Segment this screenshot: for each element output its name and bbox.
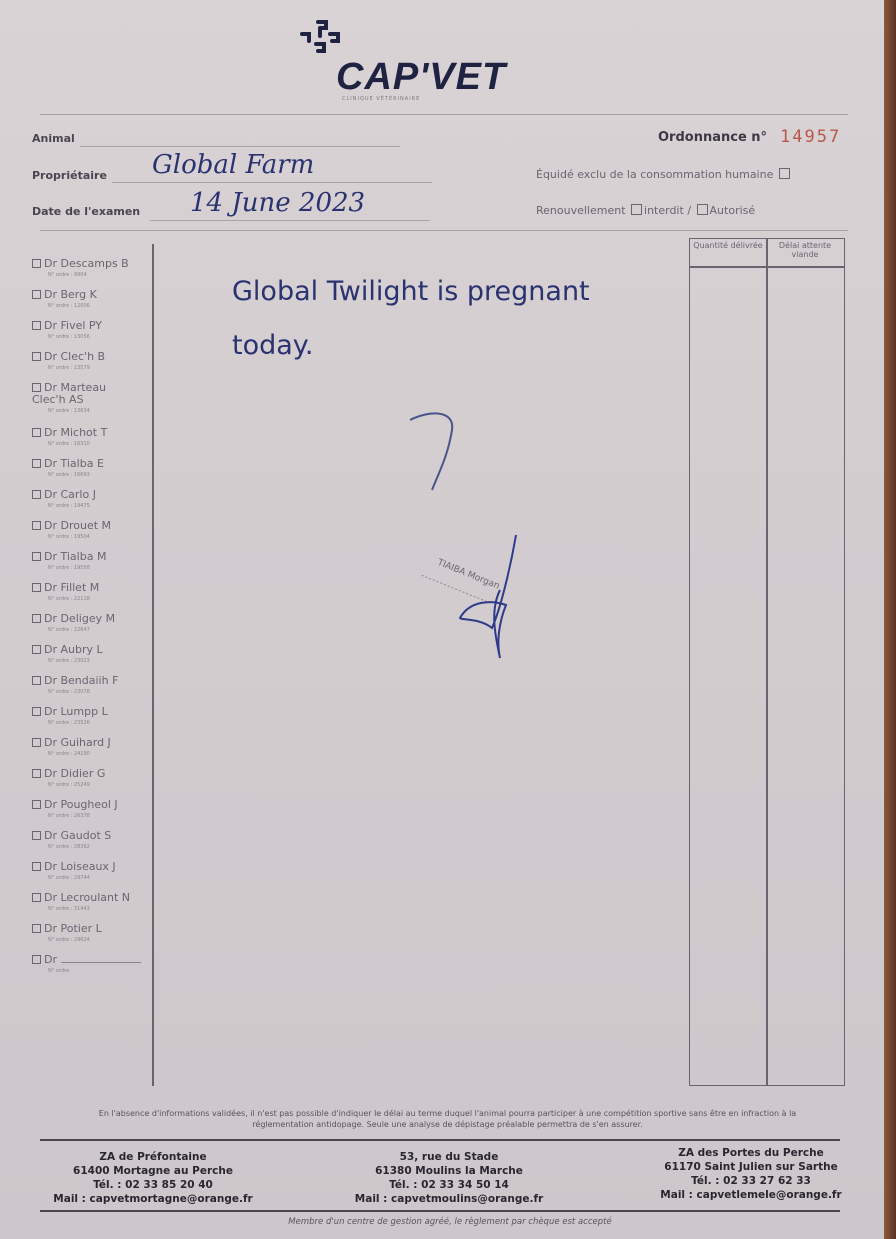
vet-checkbox[interactable] (32, 614, 41, 623)
vet-item[interactable]: Dr Guihard JN° ordre : 24290 (32, 737, 152, 768)
vet-checkbox[interactable] (32, 521, 41, 530)
address-line: 53, rue du Stade (334, 1150, 564, 1164)
vet-order-number: N° ordre : 29624 (48, 937, 152, 943)
vet-checkbox[interactable] (32, 352, 41, 361)
renewal-option: Renouvellement interdit / Autorisé (536, 204, 755, 217)
vet-item[interactable]: Dr Carlo JN° ordre : 19475 (32, 489, 152, 520)
vet-name: Dr Berg K (32, 289, 152, 301)
note-line-1: Global Twilight is pregnant (232, 265, 702, 319)
vet-checkbox[interactable] (32, 738, 41, 747)
vet-order-number: N° ordre : 29744 (48, 875, 152, 881)
prescription-note: Global Twilight is pregnant today. (232, 265, 702, 373)
vet-checkbox[interactable] (32, 676, 41, 685)
vet-item[interactable]: Dr Didier GN° ordre : 25249 (32, 768, 152, 799)
footer-rule-bottom (40, 1210, 840, 1212)
vet-item[interactable]: Dr Michot TN° ordre : 16310 (32, 427, 152, 458)
vet-checkbox[interactable] (32, 321, 41, 330)
vet-order-number: N° ordre : 23078 (48, 689, 152, 695)
vet-blank-line[interactable] (61, 962, 141, 963)
prescription-number-label: Ordonnance n° (658, 130, 767, 145)
vet-checkbox[interactable] (32, 583, 41, 592)
animal-label: Animal (32, 132, 75, 145)
brand-name: CAP'VET (336, 56, 506, 99)
table-column-divider (766, 239, 768, 1085)
equine-excluded-checkbox[interactable] (779, 168, 790, 179)
vet-name-text: Dr Drouet M (44, 519, 111, 532)
renewal-allowed-label: Autorisé (710, 204, 756, 217)
owner-field[interactable]: Global Farm (152, 150, 314, 180)
vet-name-text: Dr Gaudot S (44, 829, 111, 842)
equine-excluded-label: Équidé exclu de la consommation humaine (536, 168, 773, 181)
vet-item[interactable]: Dr Berg KN° ordre : 12006 (32, 289, 152, 320)
address-mail[interactable]: Mail : capvetmoulins@orange.fr (334, 1192, 564, 1206)
vet-name: Dr Bendaiih F (32, 675, 152, 687)
vet-name-text: Dr Michot T (44, 426, 107, 439)
renewal-forbidden-label: interdit (644, 204, 684, 217)
vet-order-number: N° ordre : 31443 (48, 906, 152, 912)
footer-rule-top (40, 1139, 840, 1141)
vet-name: Dr Lumpp L (32, 706, 152, 718)
equine-excluded-option: Équidé exclu de la consommation humaine (536, 168, 792, 181)
vet-order-number: N° ordre : 19475 (48, 503, 152, 509)
vet-order-number: N° ordre : 28362 (48, 844, 152, 850)
vet-checkbox[interactable] (32, 645, 41, 654)
vet-name: Dr Tialba M (32, 551, 152, 563)
vet-name: Dr Fillet M (32, 582, 152, 594)
owner-label: Propriétaire (32, 169, 107, 182)
vet-item[interactable]: Dr Descamps BN° ordre : 9904 (32, 258, 152, 289)
renewal-separator: / (687, 204, 691, 217)
vet-name-text: Dr Marteau Clec'h AS (32, 381, 106, 406)
vet-order-number: N° ordre : 22847 (48, 627, 152, 633)
vet-order-number: N° ordre : 9904 (48, 272, 152, 278)
vet-item[interactable]: Dr Fivel PYN° ordre : 13056 (32, 320, 152, 351)
vet-name-text: Dr Lumpp L (44, 705, 108, 718)
vet-name: Dr (32, 954, 152, 966)
vet-checkbox[interactable] (32, 831, 41, 840)
vet-order-number: N° ordre : 13634 (48, 408, 152, 414)
animal-field-line (80, 146, 400, 147)
vet-checkbox[interactable] (32, 862, 41, 871)
vet-name: Dr Michot T (32, 427, 152, 439)
prescription-number: 14957 (780, 127, 841, 147)
vet-name: Dr Pougheol J (32, 799, 152, 811)
vet-checkbox[interactable] (32, 955, 41, 964)
vet-checkbox[interactable] (32, 383, 41, 392)
vet-list: Dr Descamps BN° ordre : 9904Dr Berg KN° … (32, 258, 152, 985)
vet-order-number: N° ordre : 23526 (48, 720, 152, 726)
vet-name-text: Dr Loiseaux J (44, 860, 116, 873)
address-city: 61400 Mortagne au Perche (38, 1164, 268, 1178)
vet-item[interactable]: Dr Aubry LN° ordre : 23023 (32, 644, 152, 675)
vet-order-number: N° ordre : 16310 (48, 441, 152, 447)
signature-mark: TIAIBA Morgan (400, 400, 550, 670)
vet-order-number: N° ordre : 25249 (48, 782, 152, 788)
note-line-2: today. (232, 319, 702, 373)
brand-subtitle: CLINIQUE VÉTÉRINAIRE (342, 96, 420, 102)
vet-item[interactable]: Dr Gaudot SN° ordre : 28362 (32, 830, 152, 861)
vet-order-number: N° ordre : 13056 (48, 334, 152, 340)
vet-item[interactable]: Dr Drouet MN° ordre : 19504 (32, 520, 152, 551)
vet-order-number: N° ordre : 13579 (48, 365, 152, 371)
vet-order-number: N° ordre (48, 968, 152, 974)
disclaimer-text: En l'absence d'informations validées, il… (70, 1108, 825, 1130)
vet-name-text: Dr Bendaiih F (44, 674, 118, 687)
vet-item[interactable]: Dr Marteau Clec'h ASN° ordre : 13634 (32, 382, 152, 427)
vet-item[interactable]: Dr Clec'h BN° ordre : 13579 (32, 351, 152, 382)
vet-name-text: Dr Didier G (44, 767, 105, 780)
vet-name-text: Dr Aubry L (44, 643, 103, 656)
prescription-sheet: CAP'VET CLINIQUE VÉTÉRINAIRE Animal Prop… (0, 0, 884, 1239)
vet-checkbox[interactable] (32, 924, 41, 933)
vet-order-number: N° ordre : 16693 (48, 472, 152, 478)
quantity-table: Quantité délivrée Délai attente viande (689, 238, 845, 1086)
vet-item[interactable]: Dr Lumpp LN° ordre : 23526 (32, 706, 152, 737)
vet-name: Dr Lecroulant N (32, 892, 152, 904)
quantity-delivered-header: Quantité délivrée (690, 241, 766, 250)
address-saint-julien: ZA des Portes du Perche 61170 Saint Juli… (636, 1146, 866, 1202)
vet-checkbox[interactable] (32, 707, 41, 716)
vet-order-number: N° ordre : 26378 (48, 813, 152, 819)
vet-name: Dr Guihard J (32, 737, 152, 749)
vet-name-text: Dr Deligey M (44, 612, 115, 625)
vet-name-text: Dr Lecroulant N (44, 891, 130, 904)
table-surface-edge (884, 0, 896, 1239)
vet-name: Dr Aubry L (32, 644, 152, 656)
vet-order-number: N° ordre : 23023 (48, 658, 152, 664)
address-mail[interactable]: Mail : capvetlemele@orange.fr (636, 1188, 866, 1202)
vet-name: Dr Didier G (32, 768, 152, 780)
vet-name: Dr Carlo J (32, 489, 152, 501)
address-phone: Tél. : 02 33 85 20 40 (38, 1178, 268, 1192)
address-phone: Tél. : 02 33 34 50 14 (334, 1178, 564, 1192)
vet-name-text: Dr Pougheol J (44, 798, 118, 811)
exam-date-field[interactable]: 14 June 2023 (190, 188, 365, 218)
vet-name-text: Dr Tialba M (44, 550, 106, 563)
vet-name: Dr Potier L (32, 923, 152, 935)
renewal-allowed-checkbox[interactable] (697, 204, 708, 215)
vet-name: Dr Descamps B (32, 258, 152, 270)
vet-name-text: Dr Carlo J (44, 488, 96, 501)
address-mortagne: ZA de Préfontaine 61400 Mortagne au Perc… (38, 1150, 268, 1206)
vet-item[interactable]: Dr Loiseaux JN° ordre : 29744 (32, 861, 152, 892)
vet-name: Dr Fivel PY (32, 320, 152, 332)
vet-order-number: N° ordre : 12006 (48, 303, 152, 309)
form-divider (40, 230, 848, 231)
vet-item[interactable]: Dr Pougheol JN° ordre : 26378 (32, 799, 152, 830)
vet-name: Dr Drouet M (32, 520, 152, 532)
header-divider (40, 114, 848, 115)
vet-name-text: Dr Potier L (44, 922, 102, 935)
address-line: ZA de Préfontaine (38, 1150, 268, 1164)
renewal-forbidden-checkbox[interactable] (631, 204, 642, 215)
vet-name-text: Dr Guihard J (44, 736, 111, 749)
vet-checkbox[interactable] (32, 259, 41, 268)
renewal-label: Renouvellement (536, 204, 626, 217)
vet-checkbox[interactable] (32, 552, 41, 561)
exam-date-line (150, 220, 430, 221)
vet-item[interactable]: Dr Deligey MN° ordre : 22847 (32, 613, 152, 644)
vet-name: Dr Clec'h B (32, 351, 152, 363)
vet-stamp: TIAIBA Morgan (435, 557, 501, 591)
vet-name-text: Dr Clec'h B (44, 350, 105, 363)
vet-item[interactable]: Dr Tialba MN° ordre : 19558 (32, 551, 152, 582)
vet-order-number: N° ordre : 22118 (48, 596, 152, 602)
vet-checkbox[interactable] (32, 290, 41, 299)
vet-item[interactable]: Dr Lecroulant NN° ordre : 31443 (32, 892, 152, 923)
vet-order-number: N° ordre : 19558 (48, 565, 152, 571)
vet-name-text: Dr Tialba E (44, 457, 104, 470)
vet-item[interactable]: Dr Bendaiih FN° ordre : 23078 (32, 675, 152, 706)
vet-name-text: Dr Descamps B (44, 257, 129, 270)
vet-name: Dr Loiseaux J (32, 861, 152, 873)
vet-checkbox[interactable] (32, 800, 41, 809)
vet-list-divider (152, 244, 154, 1086)
footer-note: Membre d'un centre de gestion agréé, le … (240, 1217, 660, 1227)
vet-item[interactable]: DrN° ordre (32, 954, 152, 985)
capvet-logo: CAP'VET CLINIQUE VÉTÉRINAIRE (292, 14, 592, 104)
address-line: ZA des Portes du Perche (636, 1146, 866, 1160)
vet-name-text: Dr (44, 953, 57, 966)
vet-order-number: N° ordre : 24290 (48, 751, 152, 757)
vet-name: Dr Marteau Clec'h AS (32, 382, 132, 406)
vet-name-text: Dr Fivel PY (44, 319, 102, 332)
vet-item[interactable]: Dr Fillet MN° ordre : 22118 (32, 582, 152, 613)
vet-name: Dr Tialba E (32, 458, 152, 470)
vet-checkbox[interactable] (32, 769, 41, 778)
vet-name: Dr Gaudot S (32, 830, 152, 842)
address-mail[interactable]: Mail : capvetmortagne@orange.fr (38, 1192, 268, 1206)
vet-name: Dr Deligey M (32, 613, 152, 625)
vet-item[interactable]: Dr Tialba EN° ordre : 16693 (32, 458, 152, 489)
owner-field-line (112, 182, 432, 183)
vet-item[interactable]: Dr Potier LN° ordre : 29624 (32, 923, 152, 954)
vet-order-number: N° ordre : 19504 (48, 534, 152, 540)
vet-checkbox[interactable] (32, 893, 41, 902)
vet-checkbox[interactable] (32, 490, 41, 499)
meat-withdrawal-header: Délai attente viande (767, 241, 843, 259)
address-city: 61170 Saint Julien sur Sarthe (636, 1160, 866, 1174)
address-city: 61380 Moulins la Marche (334, 1164, 564, 1178)
exam-date-label: Date de l'examen (32, 205, 140, 218)
vet-name-text: Dr Fillet M (44, 581, 99, 594)
vet-checkbox[interactable] (32, 428, 41, 437)
vet-checkbox[interactable] (32, 459, 41, 468)
address-moulins: 53, rue du Stade 61380 Moulins la Marche… (334, 1150, 564, 1206)
address-phone: Tél. : 02 33 27 62 33 (636, 1174, 866, 1188)
vet-name-text: Dr Berg K (44, 288, 97, 301)
